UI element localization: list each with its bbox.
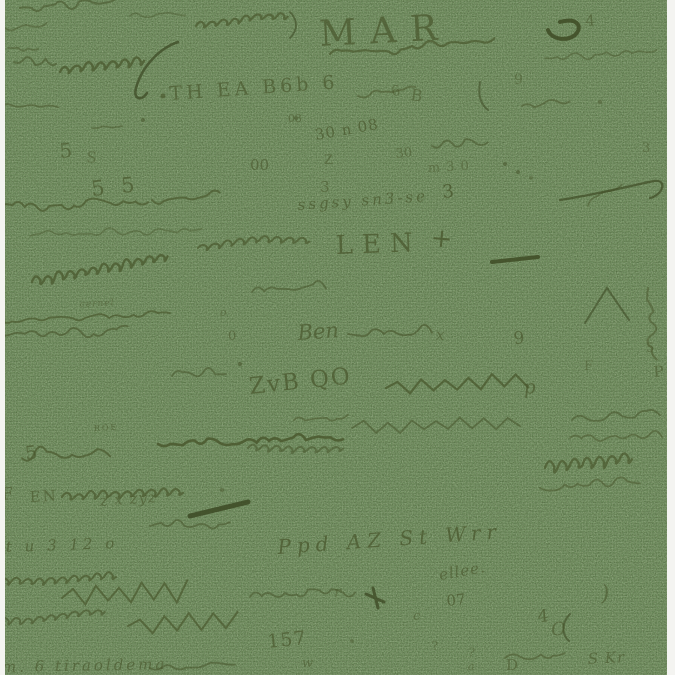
handwriting-fragment: 9 [513, 328, 526, 349]
handwriting-fragment: 30 [395, 145, 413, 162]
ink-dot [598, 100, 602, 104]
handwriting-fragment: 5 [646, 341, 654, 356]
handwriting-fragment: 4 [537, 606, 549, 627]
handwriting-fragment: 00 [250, 156, 269, 174]
handwriting-fragment: EN [29, 487, 58, 506]
scribble-layer: MARTH EA B6b 66B940330 n 085S5 500Z330m … [0, 0, 675, 675]
handwriting-fragment: LEN [335, 228, 422, 261]
handwriting-fragment: 4 [585, 11, 596, 30]
ink-dot [529, 176, 533, 180]
left-margin [0, 0, 5, 675]
handwriting-fragment: m 3 0 [427, 159, 470, 176]
handwriting-fragment: m. 6 tiraoldema [2, 655, 168, 675]
handwriting-fragment: a [468, 660, 475, 673]
handwriting-fragment: 9 [514, 72, 523, 88]
ink-dot [350, 639, 354, 643]
handwriting-fragment: 5 [58, 138, 73, 163]
handwriting-fragment: + [429, 223, 453, 255]
handwriting-fragment: S Kr [587, 648, 625, 668]
handwriting-fragment: o [220, 306, 227, 319]
handwriting-fragment: P [653, 362, 665, 381]
handwriting-fragment: 07 [446, 590, 467, 610]
ink-dot [141, 118, 145, 122]
ink-dot [161, 94, 166, 99]
ink-dot [516, 170, 520, 174]
ink-dot [503, 162, 507, 166]
handwriting-fragment: S [86, 148, 98, 167]
handwriting-fragment: 0 [228, 329, 236, 344]
handwriting-fragment: 03 [288, 112, 302, 125]
handwriting-fragment: 5 5 [90, 172, 141, 201]
ink-dot [220, 488, 224, 492]
handwriting-fragment: w [302, 656, 313, 671]
handwriting-fragment: 3 [441, 181, 455, 203]
handwriting-fragment: Ben [296, 318, 340, 345]
handwriting-fragment: cernel [80, 298, 115, 310]
handwriting-fragment: p [523, 376, 537, 399]
handwriting-fragment: D [506, 656, 518, 674]
handwriting-fragment: ? [431, 639, 438, 653]
handwriting-fragment: Z [324, 153, 333, 168]
handwriting-fragment: F [584, 359, 593, 374]
fabric-swatch: MARTH EA B6b 66B940330 n 085S5 500Z330m … [0, 0, 675, 675]
handwriting-fragment: c [413, 609, 421, 624]
right-margin [667, 0, 675, 675]
handwriting-fragment: x [436, 326, 445, 344]
handwriting-fragment: MAR [318, 7, 452, 55]
handwriting-fragment: r [334, 583, 342, 601]
handwriting-fragment: 3 [642, 141, 650, 156]
ink-dot [238, 362, 242, 366]
handwriting-fragment: 157 [266, 627, 307, 653]
handwriting-fragment: ROE [94, 423, 119, 433]
